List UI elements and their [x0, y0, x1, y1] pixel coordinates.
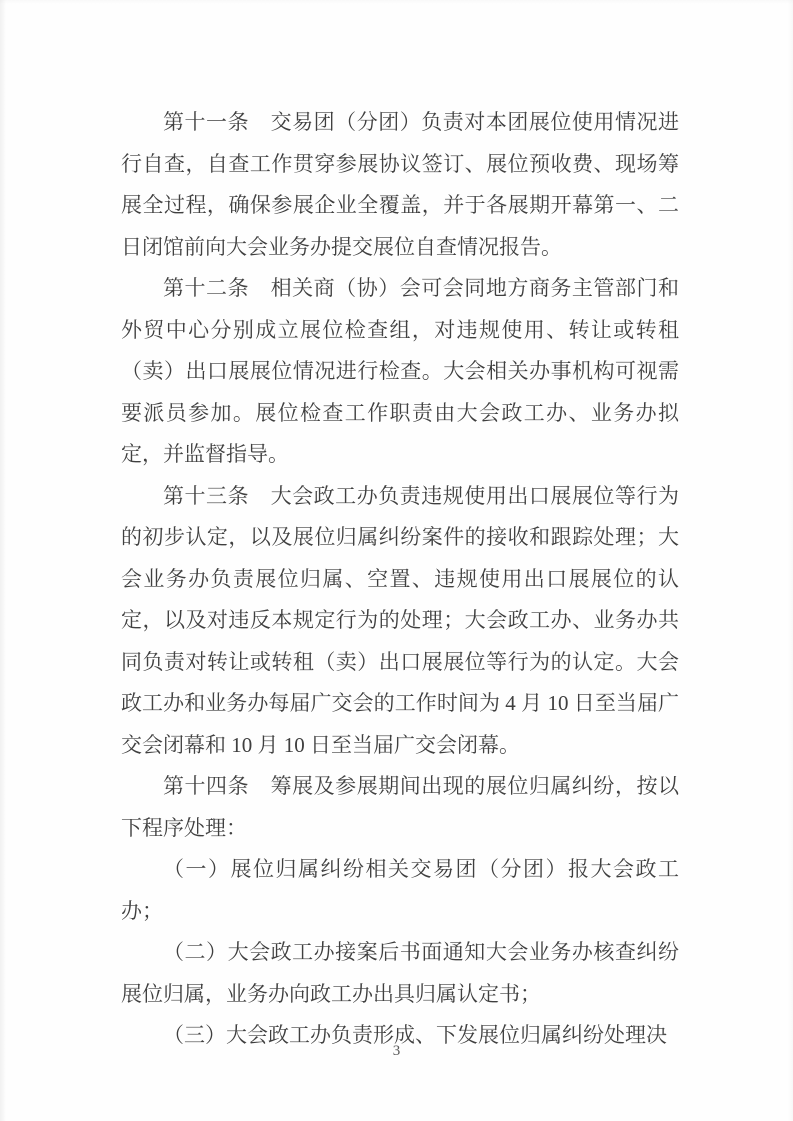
paragraph-article-11: 第十一条 交易团（分团）负责对本团展位使用情况进行自查，自查工作贯穿参展协议签订…: [121, 102, 679, 268]
paragraph-article-13: 第十三条 大会政工办负责违规使用出口展展位等行为的初步认定，以及展位归属纠纷案件…: [121, 476, 679, 767]
paragraph-article-14: 第十四条 筹展及参展期间出现的展位归属纠纷，按以下程序处理：: [121, 766, 679, 849]
document-page: 第十一条 交易团（分团）负责对本团展位使用情况进行自查，自查工作贯穿参展协议签订…: [0, 0, 793, 1121]
paragraph-article-14-item-1: （一）展位归属纠纷相关交易团（分团）报大会政工办；: [121, 849, 679, 932]
document-body: 第十一条 交易团（分团）负责对本团展位使用情况进行自查，自查工作贯穿参展协议签订…: [121, 102, 679, 1057]
paragraph-article-14-item-2: （二）大会政工办接案后书面通知大会业务办核查纠纷展位归属，业务办向政工办出具归属…: [121, 932, 679, 1015]
paragraph-article-12: 第十二条 相关商（协）会可会同地方商务主管部门和外贸中心分别成立展位检查组，对违…: [121, 268, 679, 476]
page-number: 3: [0, 1040, 793, 1062]
